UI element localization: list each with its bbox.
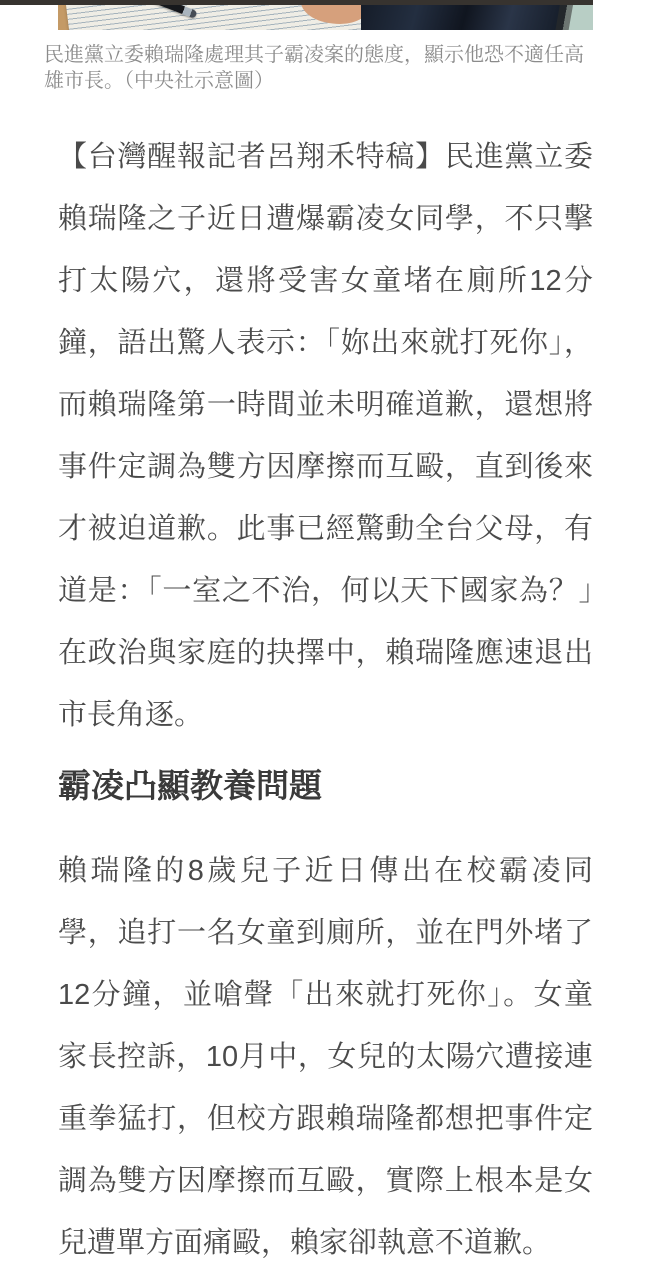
photo-top-edge: [0, 0, 593, 5]
body-paragraph: 賴瑞隆的8歲兒子近日傳出在校霸凌同學，追打一名女童到廁所，並在門外堵了12分鐘，…: [58, 840, 593, 1274]
article-page: 民進黨立委賴瑞隆處理其子霸凌案的態度，顯示他恐不適任高雄市長。（中央社示意圖） …: [0, 0, 650, 1274]
lead-paragraph: 【台灣醒報記者呂翔禾特稿】民進黨立委賴瑞隆之子近日遭爆霸凌女同學，不只擊打太陽穴…: [58, 126, 593, 746]
photo-caption: 民進黨立委賴瑞隆處理其子霸凌案的態度，顯示他恐不適任高雄市長。（中央社示意圖）: [44, 42, 594, 94]
article-body: 【台灣醒報記者呂翔禾特稿】民進黨立委賴瑞隆之子近日遭爆霸凌女同學，不只擊打太陽穴…: [58, 126, 593, 1274]
section-heading: 霸凌凸顯教養問題: [58, 764, 593, 808]
